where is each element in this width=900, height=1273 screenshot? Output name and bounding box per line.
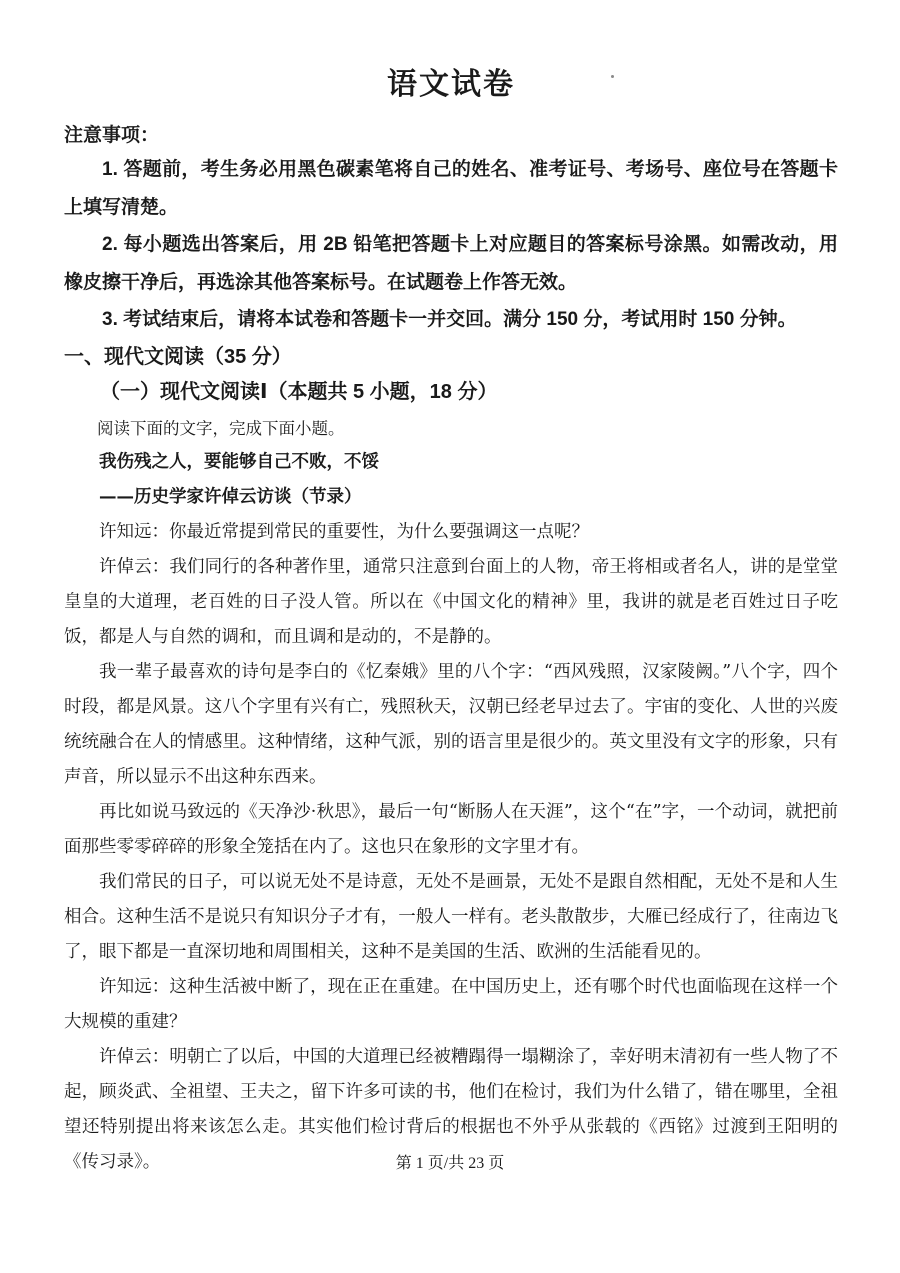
read-instruction: 阅读下面的文字，完成下面小题。 bbox=[64, 412, 838, 445]
notice-section: 注意事项： 1. 答题前，考生务必用黑色碳素笔将自己的姓名、准考证号、考场号、座… bbox=[64, 121, 838, 339]
exam-paper-page: 语文试卷 注意事项： 1. 答题前，考生务必用黑色碳素笔将自己的姓名、准考证号、… bbox=[0, 0, 900, 1273]
passage-title: 我伤残之人，要能够自己不败，不馁 bbox=[64, 445, 838, 480]
notice-item-3: 3. 考试结束后，请将本试卷和答题卡一并交回。满分 150 分，考试用时 150… bbox=[64, 301, 838, 339]
notice-item-1: 1. 答题前，考生务必用黑色碳素笔将自己的姓名、准考证号、考场号、座位号在答题卡… bbox=[64, 151, 838, 226]
page-number-footer: 第 1 页/共 23 页 bbox=[0, 1152, 900, 1176]
passage-paragraph-1: 许知远：你最近常提到常民的重要性，为什么要强调这一点呢？ bbox=[64, 515, 838, 550]
subsection-heading: （一）现代文阅读Ⅰ（本题共 5 小题，18 分） bbox=[64, 375, 838, 409]
notice-item-2: 2. 每小题选出答案后，用 2B 铅笔把答题卡上对应题目的答案标号涂黑。如需改动… bbox=[64, 226, 838, 301]
passage-paragraph-5: 我们常民的日子，可以说无处不是诗意，无处不是画景，无处不是跟自然相配，无处不是和… bbox=[64, 865, 838, 970]
scan-artifact-dot bbox=[611, 75, 614, 78]
section-headings: 一、现代文阅读（35 分） （一）现代文阅读Ⅰ（本题共 5 小题，18 分） 阅… bbox=[64, 339, 838, 445]
page-title: 语文试卷 bbox=[64, 66, 838, 104]
passage-paragraph-4: 再比如说马致远的《天净沙·秋思》，最后一句“断肠人在天涯”，这个“在”字，一个动… bbox=[64, 795, 838, 865]
passage-byline: ——历史学家许倬云访谈（节录） bbox=[64, 480, 838, 515]
passage-paragraph-2: 许倬云：我们同行的各种著作里，通常只注意到台面上的人物，帝王将相或者名人，讲的是… bbox=[64, 550, 838, 655]
passage-paragraph-6: 许知远：这种生活被中断了，现在正在重建。在中国历史上，还有哪个时代也面临现在这样… bbox=[64, 970, 838, 1040]
notice-heading: 注意事项： bbox=[64, 121, 838, 151]
reading-passage: 我伤残之人，要能够自己不败，不馁 ——历史学家许倬云访谈（节录） 许知远：你最近… bbox=[64, 445, 838, 1180]
passage-paragraph-3: 我一辈子最喜欢的诗句是李白的《忆秦娥》里的八个字：“西风残照，汉家陵阙。”八个字… bbox=[64, 655, 838, 795]
part-one-heading: 一、现代文阅读（35 分） bbox=[64, 339, 838, 375]
